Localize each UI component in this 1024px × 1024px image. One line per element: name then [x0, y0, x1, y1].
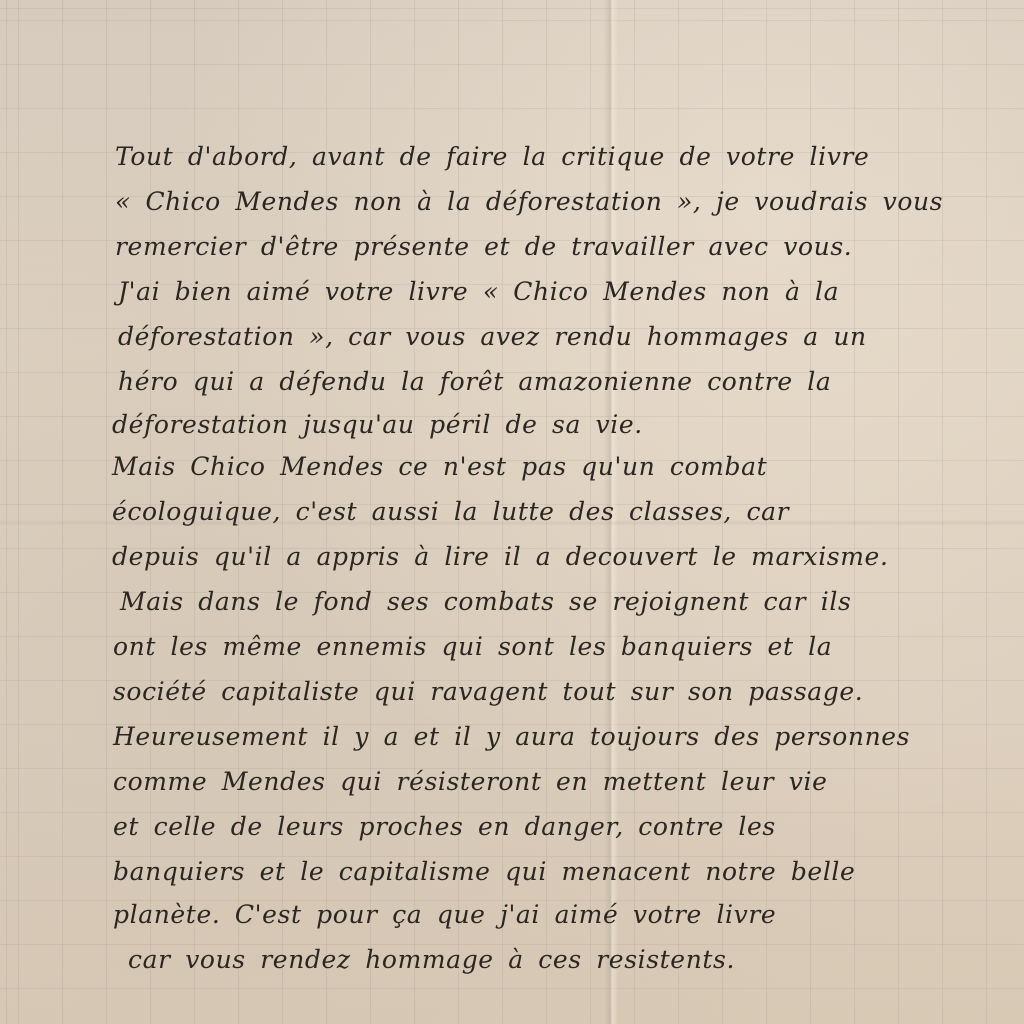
letter-line: « Chico Mendes non à la déforestation »,…	[115, 187, 943, 216]
letter-line: planète. C'est pour ça que j'ai aimé vot…	[113, 900, 776, 929]
letter-line: car vous rendez hommage à ces resistents…	[128, 945, 735, 974]
letter-line: Mais Chico Mendes ce n'est pas qu'un com…	[112, 452, 767, 481]
letter-line: déforestation », car vous avez rendu hom…	[118, 322, 867, 351]
letter-line: ont les même ennemis qui sont les banqui…	[113, 632, 832, 661]
letter-line: remercier d'être présente et de travaill…	[115, 232, 852, 261]
letter-line: Mais dans le fond ses combats se rejoign…	[120, 587, 851, 616]
letter-line: société capitaliste qui ravagent tout su…	[113, 677, 863, 706]
letter-line: et celle de leurs proches en danger, con…	[113, 812, 776, 841]
letter-line: depuis qu'il a appris à lire il a decouv…	[112, 542, 889, 571]
letter-line: comme Mendes qui résisteront en mettent …	[113, 767, 828, 796]
letter-line: héro qui a défendu la forêt amazonienne …	[118, 367, 831, 396]
handwritten-letter: Tout d'abord, avant de faire la critique…	[0, 0, 1024, 1024]
letter-line: écologuique, c'est aussi la lutte des cl…	[112, 497, 789, 526]
letter-line: banquiers et le capitalisme qui menacent…	[113, 857, 855, 886]
letter-line: J'ai bien aimé votre livre « Chico Mende…	[118, 277, 839, 306]
letter-line: Heureusement il y a et il y aura toujour…	[113, 722, 910, 751]
letter-line: Tout d'abord, avant de faire la critique…	[115, 142, 869, 171]
letter-line: déforestation jusqu'au péril de sa vie.	[112, 410, 643, 439]
